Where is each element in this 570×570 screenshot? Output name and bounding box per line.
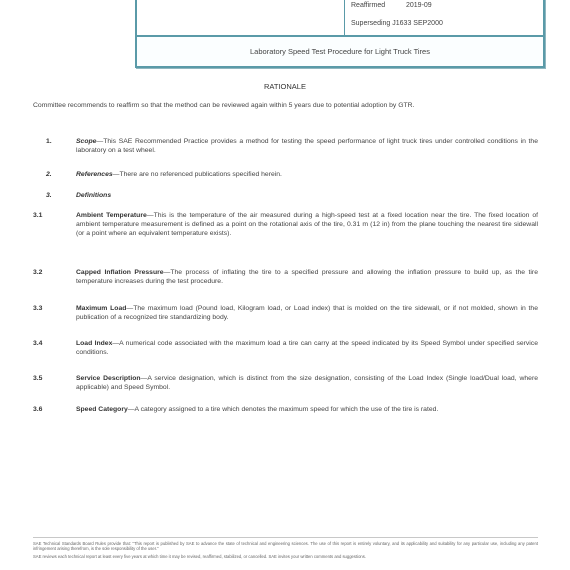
meta-superseding: Superseding J1633 SEP2000 bbox=[351, 20, 443, 27]
footer-disclaimer: SAE Technical Standards Board Rules prov… bbox=[33, 541, 538, 551]
section-number: 3.2 bbox=[33, 268, 69, 277]
section-3: 3.Definitions bbox=[33, 191, 538, 200]
section-term: Maximum Load bbox=[76, 305, 126, 312]
section-term: Service Description bbox=[76, 375, 141, 382]
section-1: 1.Scope—This SAE Recommended Practice pr… bbox=[33, 137, 538, 155]
section-body: Capped Inflation Pressure—The process of… bbox=[76, 268, 538, 286]
section-number: 3.4 bbox=[33, 339, 69, 348]
section-body: Load Index—A numerical code associated w… bbox=[76, 339, 538, 357]
section-text: —A service designation, which is distinc… bbox=[76, 375, 538, 391]
section-term: Load Index bbox=[76, 340, 112, 347]
meta-reaffirmed: Reaffirmed2019-09 bbox=[351, 2, 432, 9]
section-text: —There are no referenced publications sp… bbox=[113, 171, 282, 178]
section-number: 1. bbox=[46, 137, 82, 146]
section-body: Ambient Temperature—This is the temperat… bbox=[76, 211, 538, 238]
document-header-box: Reaffirmed2019-09 Superseding J1633 SEP2… bbox=[135, 0, 545, 68]
footer-review-notice: SAE reviews each technical report at lea… bbox=[33, 554, 538, 559]
section-text: —The maximum load (Pound load, Kilogram … bbox=[76, 305, 538, 321]
header-top-row: Reaffirmed2019-09 Superseding J1633 SEP2… bbox=[137, 0, 543, 37]
meta-value: 2019-09 bbox=[406, 2, 432, 9]
rationale-text: Committee recommends to reaffirm so that… bbox=[33, 101, 538, 110]
section-number: 3.1 bbox=[33, 211, 69, 220]
section-2: 2.References—There are no referenced pub… bbox=[33, 170, 538, 179]
section-term: Speed Category bbox=[76, 406, 128, 413]
section-body: Speed Category—A category assigned to a … bbox=[76, 405, 538, 414]
meta-label: Reaffirmed bbox=[351, 2, 406, 9]
section-3-5: 3.5Service Description—A service designa… bbox=[33, 374, 538, 392]
section-text: —A numerical code associated with the ma… bbox=[76, 340, 538, 356]
section-number: 3. bbox=[46, 191, 82, 200]
document-page: Reaffirmed2019-09 Superseding J1633 SEP2… bbox=[0, 0, 570, 570]
section-number: 3.5 bbox=[33, 374, 69, 383]
section-3-4: 3.4Load Index—A numerical code associate… bbox=[33, 339, 538, 357]
section-text: —This SAE Recommended Practice provides … bbox=[76, 138, 538, 154]
section-3-1: 3.1Ambient Temperature—This is the tempe… bbox=[33, 211, 538, 238]
document-title: Laboratory Speed Test Procedure for Ligh… bbox=[137, 37, 543, 66]
meta-label: Superseding bbox=[351, 20, 390, 27]
section-body: Service Description—A service designatio… bbox=[76, 374, 538, 392]
section-number: 2. bbox=[46, 170, 82, 179]
section-3-2: 3.2Capped Inflation Pressure—The process… bbox=[33, 268, 538, 286]
section-body: Maximum Load—The maximum load (Pound loa… bbox=[76, 304, 538, 322]
meta-value: J1633 SEP2000 bbox=[392, 20, 443, 27]
section-text: —A category assigned to a tire which den… bbox=[128, 406, 439, 413]
section-3-6: 3.6Speed Category—A category assigned to… bbox=[33, 405, 538, 414]
rationale-heading: RATIONALE bbox=[0, 82, 570, 91]
section-term: Ambient Temperature bbox=[76, 212, 147, 219]
section-term: Capped Inflation Pressure bbox=[76, 269, 164, 276]
header-left-cell bbox=[137, 0, 345, 35]
section-3-3: 3.3Maximum Load—The maximum load (Pound … bbox=[33, 304, 538, 322]
section-body: References—There are no referenced publi… bbox=[76, 170, 538, 179]
section-body: Scope—This SAE Recommended Practice prov… bbox=[76, 137, 538, 155]
section-number: 3.3 bbox=[33, 304, 69, 313]
section-body: Definitions bbox=[76, 191, 538, 200]
section-number: 3.6 bbox=[33, 405, 69, 414]
footer-divider bbox=[33, 537, 538, 538]
